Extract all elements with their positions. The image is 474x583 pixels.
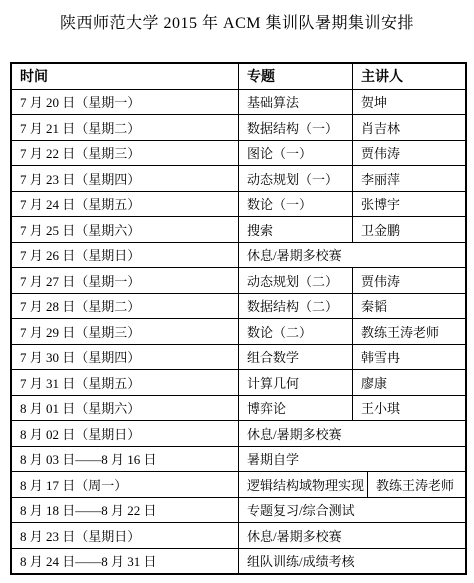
schedule-table: 时间 专题 主讲人 7 月 20 日（星期一）基础算法贺坤7 月 21 日（星期…	[10, 62, 467, 575]
cell-time: 7 月 29 日（星期三）	[12, 319, 239, 344]
cell-topic: 逻辑结构域物理实现	[239, 472, 368, 497]
table-row: 7 月 22 日（星期三）图论（一）贾伟涛	[12, 141, 465, 167]
cell-topic: 休息/暑期多校赛	[239, 243, 465, 268]
cell-speaker: 卫金鹏	[353, 217, 465, 242]
cell-time: 8 月 02 日（星期日）	[12, 421, 239, 446]
cell-speaker: 秦韬	[353, 294, 465, 319]
cell-time: 7 月 27 日（星期一）	[12, 268, 239, 293]
cell-time: 7 月 25 日（星期六）	[12, 217, 239, 242]
table-row: 8 月 03 日——8 月 16 日暑期自学	[12, 447, 465, 473]
cell-time: 8 月 23 日（星期日）	[12, 523, 239, 548]
cell-topic: 数据结构（二）	[239, 294, 353, 319]
cell-time: 7 月 23 日（星期四）	[12, 166, 239, 191]
cell-time: 7 月 31 日（星期五）	[12, 370, 239, 395]
cell-topic: 动态规划（一）	[239, 166, 353, 191]
table-row: 8 月 17 日（周一）逻辑结构域物理实现教练王涛老师	[12, 472, 465, 498]
table-header-row: 时间 专题 主讲人	[12, 64, 465, 90]
cell-topic: 组合数学	[239, 345, 353, 370]
cell-topic: 计算几何	[239, 370, 353, 395]
cell-topic: 数论（一）	[239, 192, 353, 217]
cell-speaker: 贾伟涛	[353, 141, 465, 166]
table-row: 8 月 18 日——8 月 22 日专题复习/综合测试	[12, 498, 465, 524]
table-row: 7 月 23 日（星期四）动态规划（一）李丽萍	[12, 166, 465, 192]
cell-time: 8 月 03 日——8 月 16 日	[12, 447, 239, 472]
cell-time: 7 月 24 日（星期五）	[12, 192, 239, 217]
cell-time: 7 月 22 日（星期三）	[12, 141, 239, 166]
table-row: 8 月 24 日——8 月 31 日组队训练/成绩考核	[12, 549, 465, 574]
table-row: 7 月 27 日（星期一）动态规划（二）贾伟涛	[12, 268, 465, 294]
cell-topic: 博弈论	[239, 396, 353, 421]
header-cell-time: 时间	[12, 64, 239, 89]
cell-speaker: 肖吉林	[353, 115, 465, 140]
cell-topic: 专题复习/综合测试	[239, 498, 465, 523]
table-row: 7 月 21 日（星期二）数据结构（一）肖吉林	[12, 115, 465, 141]
cell-topic: 数论（二）	[239, 319, 353, 344]
cell-topic: 搜索	[239, 217, 353, 242]
table-row: 7 月 29 日（星期三）数论（二）教练王涛老师	[12, 319, 465, 345]
cell-time: 7 月 26 日（星期日）	[12, 243, 239, 268]
header-cell-topic: 专题	[239, 64, 353, 89]
table-row: 8 月 02 日（星期日）休息/暑期多校赛	[12, 421, 465, 447]
cell-topic: 数据结构（一）	[239, 115, 353, 140]
cell-time: 8 月 17 日（周一）	[12, 472, 239, 497]
cell-topic: 基础算法	[239, 90, 353, 115]
cell-speaker: 李丽萍	[353, 166, 465, 191]
cell-speaker: 教练王涛老师	[353, 319, 465, 344]
cell-time: 8 月 01 日（星期六）	[12, 396, 239, 421]
table-row: 7 月 24 日（星期五）数论（一）张博宇	[12, 192, 465, 218]
cell-speaker: 王小琪	[353, 396, 465, 421]
cell-topic: 暑期自学	[239, 447, 465, 472]
table-row: 8 月 23 日（星期日）休息/暑期多校赛	[12, 523, 465, 549]
cell-speaker: 张博宇	[353, 192, 465, 217]
cell-speaker: 廖康	[353, 370, 465, 395]
cell-topic: 动态规划（二）	[239, 268, 353, 293]
cell-topic: 组队训练/成绩考核	[239, 549, 465, 574]
cell-time: 8 月 18 日——8 月 22 日	[12, 498, 239, 523]
table-row: 7 月 31 日（星期五）计算几何廖康	[12, 370, 465, 396]
table-row: 7 月 20 日（星期一）基础算法贺坤	[12, 90, 465, 116]
cell-speaker: 教练王涛老师	[368, 472, 465, 497]
page-title: 陕西师范大学 2015 年 ACM 集训队暑期集训安排	[0, 10, 474, 33]
cell-topic: 图论（一）	[239, 141, 353, 166]
cell-time: 7 月 21 日（星期二）	[12, 115, 239, 140]
cell-speaker: 韩雪冉	[353, 345, 465, 370]
cell-speaker: 贾伟涛	[353, 268, 465, 293]
cell-time: 7 月 28 日（星期二）	[12, 294, 239, 319]
header-cell-speaker: 主讲人	[353, 64, 465, 89]
cell-topic: 休息/暑期多校赛	[239, 421, 465, 446]
cell-time: 7 月 30 日（星期四）	[12, 345, 239, 370]
cell-topic: 休息/暑期多校赛	[239, 523, 465, 548]
table-row: 7 月 26 日（星期日）休息/暑期多校赛	[12, 243, 465, 269]
cell-time: 7 月 20 日（星期一）	[12, 90, 239, 115]
table-row: 7 月 25 日（星期六）搜索卫金鹏	[12, 217, 465, 243]
cell-speaker: 贺坤	[353, 90, 465, 115]
table-row: 8 月 01 日（星期六）博弈论王小琪	[12, 396, 465, 422]
table-row: 7 月 30 日（星期四）组合数学韩雪冉	[12, 345, 465, 371]
table-row: 7 月 28 日（星期二）数据结构（二）秦韬	[12, 294, 465, 320]
cell-time: 8 月 24 日——8 月 31 日	[12, 549, 239, 574]
